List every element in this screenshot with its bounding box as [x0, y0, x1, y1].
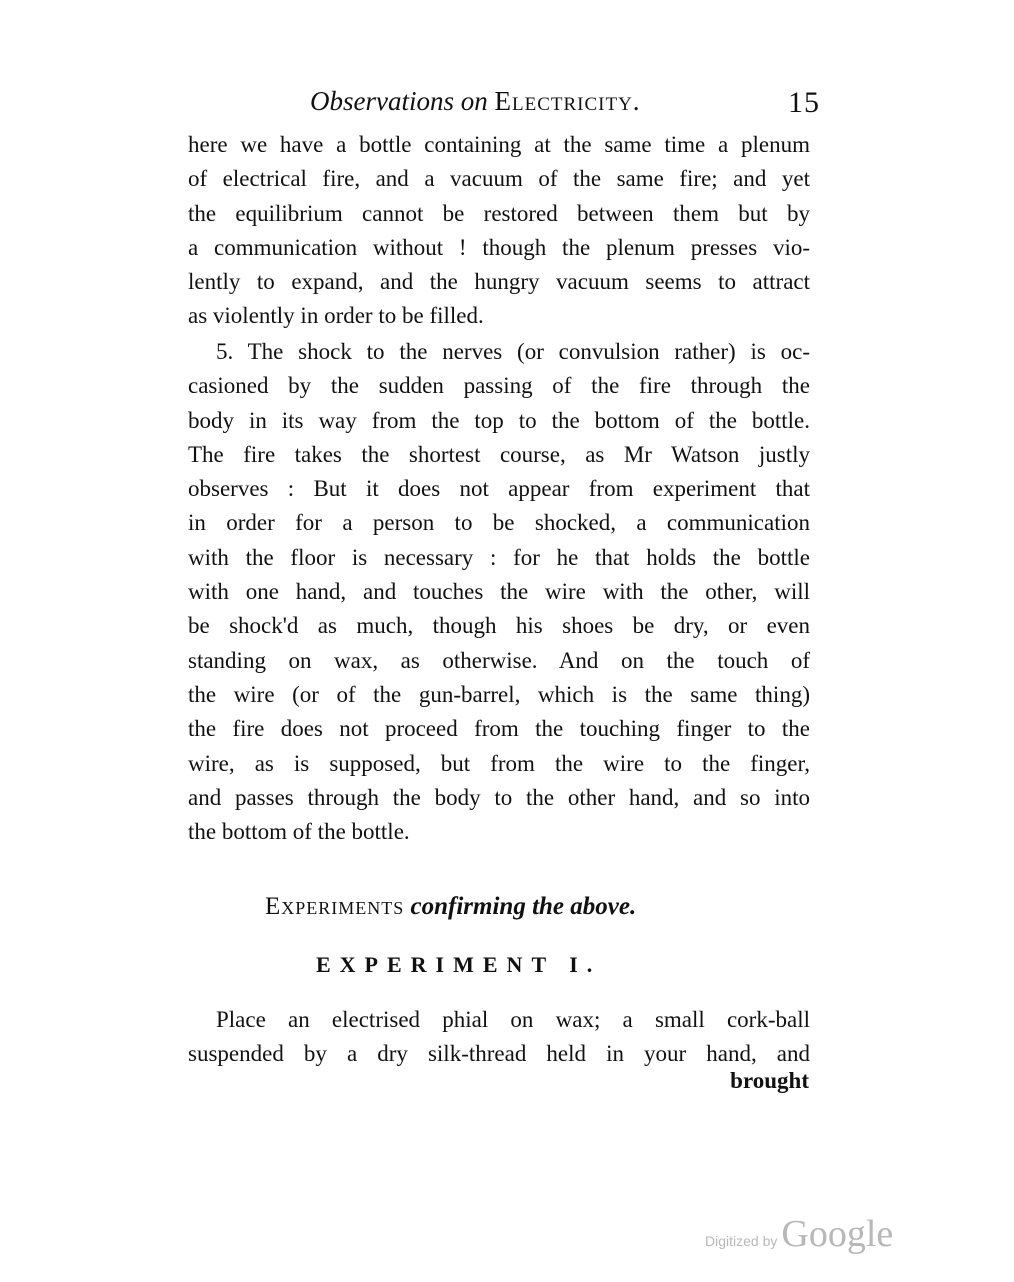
paragraph-continued: here we have a bottle containing at the …: [188, 128, 810, 334]
page-number: 15: [788, 86, 820, 120]
text-line: as violently in order to be filled.: [188, 299, 810, 333]
text-line: in order for a person to be shocked, a c…: [188, 506, 810, 540]
text-line: body in its way from the top to the bott…: [188, 404, 810, 438]
section-heading-caps: Experiments: [265, 893, 404, 920]
text-line: Place an electrised phial on wax; a smal…: [188, 1003, 810, 1037]
section-heading-italic: confirming the above.: [411, 893, 637, 920]
catchword: brought: [730, 1068, 809, 1094]
experiment-heading: EXPERIMENT I.: [316, 952, 601, 978]
text-line: of electrical fire, and a vacuum of the …: [188, 162, 810, 196]
running-title-italic: Observations on: [310, 86, 488, 116]
section-heading: Experiments confirming the above.: [265, 893, 636, 921]
google-logo-text: Google: [781, 1213, 893, 1255]
text-line: with one hand, and touches the wire with…: [188, 575, 810, 609]
text-line: and passes through the body to the other…: [188, 781, 810, 815]
text-line: standing on wax, as otherwise. And on th…: [188, 644, 810, 678]
running-title-caps: Electricity.: [495, 86, 641, 116]
page-header: Observations on Electricity. 15: [310, 86, 820, 126]
text-line: the bottom of the bottle.: [188, 815, 810, 849]
text-line: 5. The shock to the nerves (or convulsio…: [188, 335, 810, 369]
text-line: The fire takes the shortest course, as M…: [188, 438, 810, 472]
text-line: lently to expand, and the hungry vacuum …: [188, 265, 810, 299]
text-line: observes : But it does not appear from e…: [188, 472, 810, 506]
text-line: the fire does not proceed from the touch…: [188, 712, 810, 746]
watermark-prefix: Digitized by: [705, 1233, 777, 1249]
text-line: wire, as is supposed, but from the wire …: [188, 747, 810, 781]
text-line: the wire (or of the gun-barrel, which is…: [188, 678, 810, 712]
text-line: a communication without ! though the ple…: [188, 231, 810, 265]
google-watermark: Digitized by Google: [705, 1212, 893, 1256]
text-line: with the floor is necessary : for he tha…: [188, 541, 810, 575]
running-title: Observations on Electricity.: [310, 86, 641, 117]
text-line: suspended by a dry silk-thread held in y…: [188, 1037, 810, 1071]
paragraph-experiment-1: Place an electrised phial on wax; a smal…: [188, 1003, 810, 1072]
paragraph-point-5: 5. The shock to the nerves (or convulsio…: [188, 335, 810, 849]
text-line: here we have a bottle containing at the …: [188, 128, 810, 162]
text-line: casioned by the sudden passing of the fi…: [188, 369, 810, 403]
text-line: be shock'd as much, though his shoes be …: [188, 609, 810, 643]
text-line: the equilibrium cannot be restored betwe…: [188, 197, 810, 231]
book-page: Observations on Electricity. 15 here we …: [0, 0, 1014, 1282]
